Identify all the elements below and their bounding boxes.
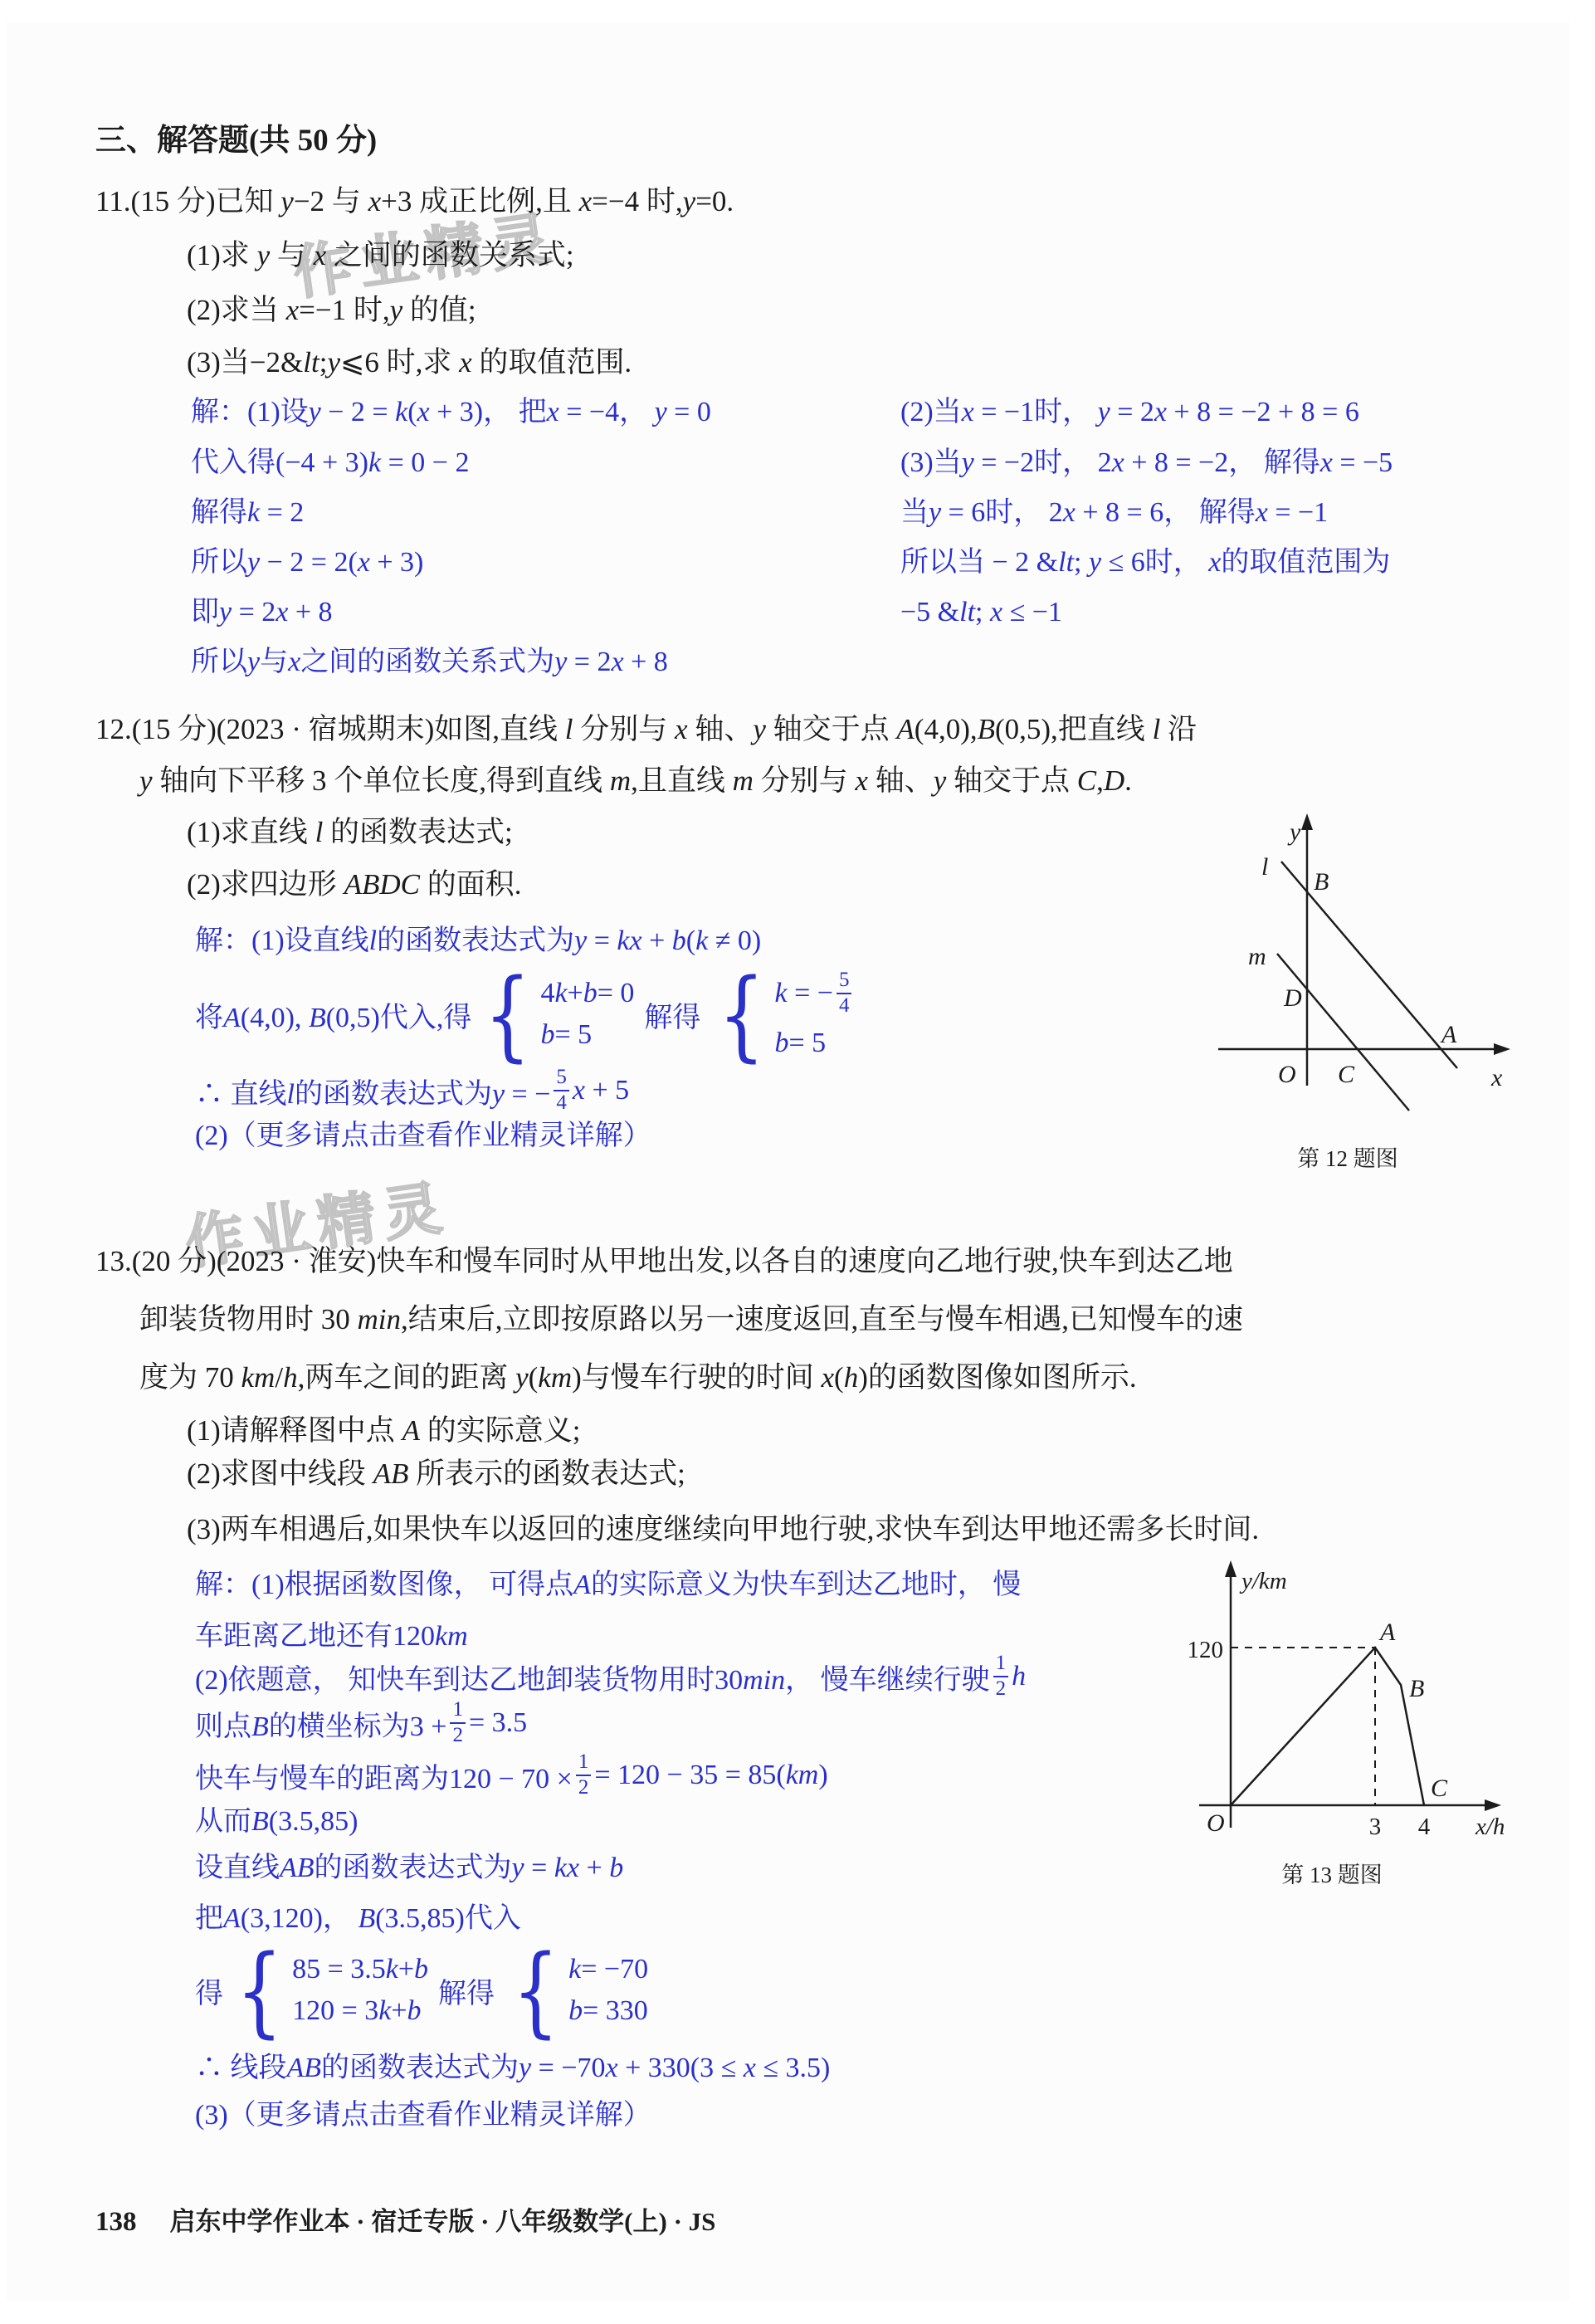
p12-solution-result-row: ∴ 直线l的函数表达式为y = −54x + 5 bbox=[195, 1064, 629, 1117]
p13-solution-line: 则点B的横坐标为3 + 12 = 3.5 bbox=[195, 1697, 527, 1750]
label-l: l bbox=[1261, 853, 1268, 881]
p13-s9-mid: 解得 bbox=[438, 1970, 495, 2011]
system-equation: k = −54 bbox=[775, 969, 856, 1018]
equation-system-2: { k = −54 b = 5 bbox=[710, 965, 855, 1063]
label-B: B bbox=[1409, 1675, 1424, 1702]
problem-11-stem: 11.(15 分)已知 y−2 与 x+3 成正比例,且 x=−4 时,y=0. bbox=[95, 180, 734, 223]
problem-13-q3: (3)两车相遇后,如果快车以返回的速度继续向甲地行驶,求快车到达甲地还需多长时间… bbox=[187, 1508, 1259, 1551]
p11-solution-line: (3)当y = −2时， 2x + 8 = −2， 解得x = −5 bbox=[900, 442, 1393, 485]
fraction: 54 bbox=[837, 969, 852, 1018]
section-title: 三、解答题(共 50 分) bbox=[95, 120, 377, 163]
x-axis-arrow bbox=[1494, 1043, 1510, 1055]
workbook-page: 作业精灵 作业精灵 三、解答题(共 50 分) 11.(15 分)已知 y−2 … bbox=[0, 0, 1595, 2324]
p11-solution-line: 所以y − 2 = 2(x + 3) bbox=[191, 541, 423, 584]
figure-13: y/km 120 A B C O 3 4 x/h 第 13 题图 bbox=[1145, 1535, 1595, 1950]
page-number: 138 bbox=[95, 2207, 137, 2237]
p11-solution-line: 代入得(−4 + 3)k = 0 − 2 bbox=[191, 442, 469, 485]
label-A: A bbox=[1440, 1021, 1457, 1048]
fraction: 12 bbox=[576, 1750, 592, 1800]
p13-solution-line: 设直线AB的函数表达式为y = kx + b bbox=[195, 1847, 623, 1890]
label-C: C bbox=[1338, 1061, 1355, 1088]
p13-s9-pre: 得 bbox=[195, 1970, 223, 2011]
problem-13-q2: (2)求图中线段 AB 所表示的函数表达式; bbox=[187, 1452, 685, 1496]
distance-time-curve bbox=[1231, 1648, 1424, 1805]
tick-3: 3 bbox=[1369, 1814, 1382, 1840]
p11-solution-line: 所以当 − 2 &lt; y ≤ 6时， x的取值范围为 bbox=[900, 541, 1390, 584]
label-y-km: y/km bbox=[1239, 1568, 1287, 1594]
system-equation: b = 5 bbox=[540, 1018, 634, 1052]
label-C: C bbox=[1431, 1775, 1448, 1802]
label-x: x bbox=[1490, 1064, 1503, 1091]
system-equation: 4k + b = 0 bbox=[540, 977, 634, 1010]
p11-solution-line: 所以y与x之间的函数关系式为y = 2x + 8 bbox=[191, 641, 668, 684]
p12-sol3-pre: ∴ 直线l的函数表达式为y = − bbox=[195, 1071, 550, 1111]
problem-11-q3: (3)当−2&lt;y⩽6 时,求 x 的取值范围. bbox=[187, 341, 632, 384]
fraction: 12 bbox=[450, 1698, 466, 1748]
problem-13-q1: (1)请解释图中点 A 的实际意义; bbox=[187, 1409, 580, 1452]
tick-4: 4 bbox=[1418, 1814, 1431, 1840]
p11-solution-line: (2)当x = −1时， y = 2x + 8 = −2 + 8 = 6 bbox=[900, 391, 1359, 434]
figure-13-caption: 第 13 题图 bbox=[1281, 1863, 1383, 1887]
p11-solution-line: 当y = 6时， 2x + 8 = 6， 解得x = −1 bbox=[900, 491, 1328, 535]
problem-12-stem-line2: y 轴向下平移 3 个单位长度,得到直线 m,且直线 m 分别与 x 轴、y 轴… bbox=[139, 759, 1132, 803]
label-O: O bbox=[1278, 1061, 1296, 1088]
label-m: m bbox=[1248, 943, 1266, 970]
left-brace: { bbox=[236, 1941, 282, 2039]
p13-solution-system-row: 得 { 85 = 3.5k + b 120 = 3k + b 解得 { k = … bbox=[195, 1936, 653, 2044]
label-O: O bbox=[1207, 1809, 1225, 1837]
problem-11-q1: (1)求 y 与 x 之间的函数关系式; bbox=[187, 234, 574, 277]
problem-13-stem-line1: 13.(20 分)(2023 · 淮安)快车和慢车同时从甲地出发,以各自的速度向… bbox=[95, 1240, 1233, 1283]
equation-system-1: { 4k + b = 0 b = 5 bbox=[476, 965, 634, 1063]
label-x-h: x/h bbox=[1475, 1814, 1505, 1840]
system-equation: b = 5 bbox=[775, 1027, 856, 1060]
y-axis-arrow bbox=[1301, 813, 1313, 830]
book-title: 启东中学作业本 · 宿迁专版 · 八年级数学(上) · JS bbox=[170, 2207, 716, 2236]
text-run: 快车与慢车的距离为120 − 70 × bbox=[195, 1755, 573, 1796]
system-equation: 120 = 3k + b bbox=[292, 1994, 428, 2028]
y-axis-arrow bbox=[1225, 1560, 1236, 1577]
p11-solution-line: −5 &lt; x ≤ −1 bbox=[900, 591, 1062, 634]
label-A: A bbox=[1378, 1618, 1396, 1646]
page-footer: 138启东中学作业本 · 宿迁专版 · 八年级数学(上) · JS bbox=[95, 2200, 715, 2243]
label-D: D bbox=[1283, 984, 1302, 1012]
left-brace: { bbox=[719, 965, 765, 1063]
p13-solution-line: 解：(1)根据函数图像， 可得点A的实际意义为快车到达乙地时， 慢 bbox=[195, 1564, 1021, 1607]
problem-11-q2: (2)求当 x=−1 时,y 的值; bbox=[187, 289, 476, 332]
left-brace: { bbox=[485, 965, 531, 1063]
p12-solution-more-note: (2)（更多请点击查看作业精灵详解） bbox=[195, 1115, 651, 1158]
p12-sol3-post: x + 5 bbox=[573, 1075, 629, 1106]
equation-system-2: { k = −70 b = 330 bbox=[505, 1941, 648, 2039]
p13-solution-line: 从而B(3.5,85) bbox=[195, 1800, 358, 1843]
fraction: 12 bbox=[993, 1652, 1009, 1701]
p13-solution-more-note: (3)（更多请点击查看作业精灵详解） bbox=[195, 2094, 651, 2137]
system-equation: b = 330 bbox=[568, 1994, 648, 2028]
label-120: 120 bbox=[1188, 1637, 1224, 1663]
x-axis-arrow bbox=[1485, 1799, 1501, 1811]
text-run: = 3.5 bbox=[469, 1707, 527, 1739]
text-run: = 120 − 35 = 85(km) bbox=[594, 1760, 827, 1791]
fraction: 54 bbox=[554, 1066, 569, 1116]
label-B: B bbox=[1314, 868, 1329, 896]
system-equation: 85 = 3.5k + b bbox=[292, 1953, 428, 1986]
figure-12: y l B m D O C A x 第 12 题图 bbox=[1147, 797, 1595, 1179]
text-run: h bbox=[1012, 1661, 1026, 1692]
problem-12-stem-line1: 12.(15 分)(2023 · 宿城期末)如图,直线 l 分别与 x 轴、y … bbox=[95, 708, 1197, 751]
p12-sol2-pre: 将A(4,0), B(0,5)代入,得 bbox=[195, 994, 471, 1035]
p13-solution-line: ∴ 线段AB的函数表达式为y = −70x + 330(3 ≤ x ≤ 3.5) bbox=[195, 2047, 830, 2090]
p11-solution-line: 解：(1)设y − 2 = k(x + 3)， 把x = −4， y = 0 bbox=[191, 391, 711, 434]
equation-system-1: { 85 = 3.5k + b 120 = 3k + b bbox=[228, 1941, 428, 2039]
p11-solution-line: 解得k = 2 bbox=[191, 491, 304, 535]
problem-13-stem-line2: 卸装货物用时 30 min,结束后,立即按原路以另一速度返回,直至与慢车相遇,已… bbox=[139, 1298, 1243, 1341]
p12-solution-system-row: 将A(4,0), B(0,5)代入,得 { 4k + b = 0 b = 5 解… bbox=[195, 960, 860, 1068]
left-brace: { bbox=[512, 1941, 558, 2039]
label-y: y bbox=[1287, 818, 1301, 846]
problem-13-stem-line3: 度为 70 km/h,两车之间的距离 y(km)与慢车行驶的时间 x(h)的函数… bbox=[139, 1356, 1137, 1399]
p13-solution-line: (2)依题意， 知快车到达乙地卸装货物用时30min， 慢车继续行驶12h bbox=[195, 1650, 1026, 1703]
problem-12-q1: (1)求直线 l 的函数表达式; bbox=[187, 811, 513, 854]
p12-solution-line: 解：(1)设直线l的函数表达式为y = kx + b(k ≠ 0) bbox=[195, 920, 761, 963]
problem-12-q2: (2)求四边形 ABDC 的面积. bbox=[187, 863, 521, 906]
text-run: (2)依题意， 知快车到达乙地卸装货物用时30min， 慢车继续行驶 bbox=[195, 1657, 990, 1697]
system-equation: k = −70 bbox=[568, 1953, 648, 1986]
text-run: 则点B的横坐标为3 + bbox=[195, 1703, 446, 1744]
figure-12-caption: 第 12 题图 bbox=[1297, 1146, 1398, 1171]
p12-sol2-mid: 解得 bbox=[644, 994, 700, 1035]
p11-solution-line: 即y = 2x + 8 bbox=[191, 591, 333, 634]
p13-solution-line: 快车与慢车的距离为120 − 70 × 12 = 120 − 35 = 85(k… bbox=[195, 1749, 828, 1802]
